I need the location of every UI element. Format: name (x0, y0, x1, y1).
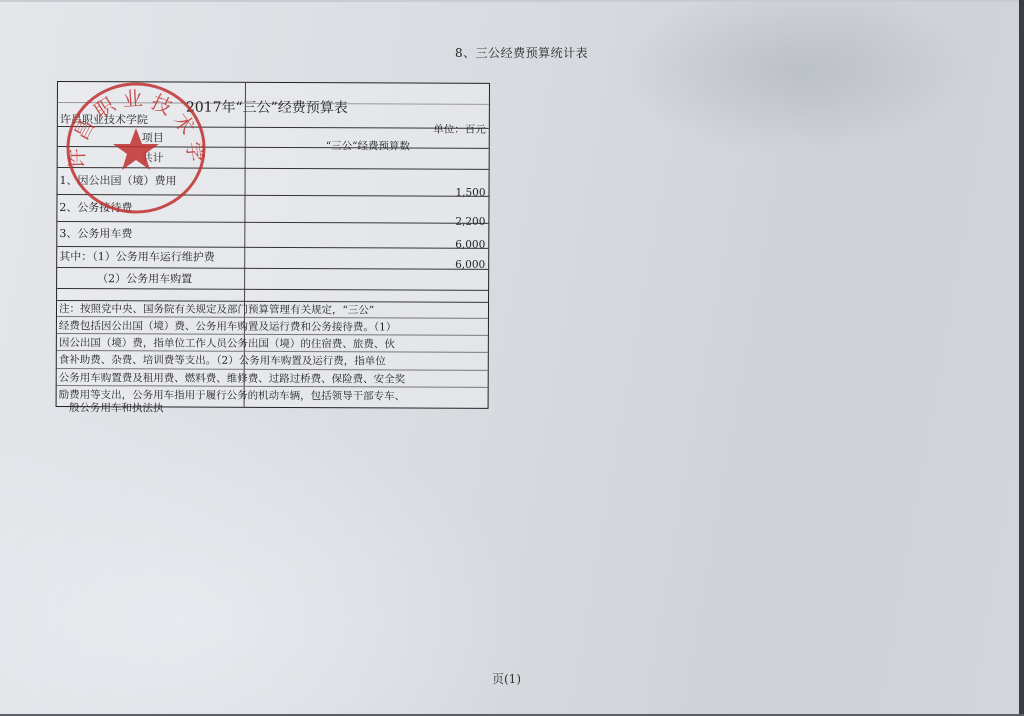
page-number: 页(1) (492, 670, 521, 687)
row-label-travel: 1、因公出国（境）费用 (60, 172, 177, 189)
paper-top-edge (0, 0, 1024, 2)
row-value-travel: 1,500 (455, 187, 485, 199)
page-heading: 8、三公经费预算统计表 (455, 44, 588, 61)
item-column-header: 项目 (142, 129, 164, 145)
value-column-header: “三公”经费预算数 (326, 138, 410, 153)
row-label-reception: 2、公务接待费 (59, 199, 132, 215)
row-line (57, 288, 488, 291)
row-line (58, 194, 489, 197)
budget-table: 2017年“三公”经费预算表 许昌职业技术学院 单位：百元 项目 “三公”经费预… (56, 81, 490, 409)
row-label-vehicle-purchase: （2）公务用车购置 (97, 270, 192, 286)
row-line (58, 146, 489, 149)
total-label: 共计 (142, 149, 164, 165)
row-line (57, 221, 488, 224)
paper-right-edge (1019, 0, 1024, 716)
note-line: 注：按照党中央、国务院有关规定及部门预算管理有关规定，“三公” (59, 301, 374, 317)
note-line: 因公出国（境）费，指单位工作人员公务出国（境）的住宿费、旅费、伙 (59, 335, 395, 351)
unit-label: 单位：百元 (433, 122, 486, 137)
note-line: 经费包括因公出国（境）费、公务用车购置及运行费和公务接待费。（1） (59, 318, 396, 334)
row-value-reception: 2,200 (455, 216, 485, 228)
note-line: 食补助费、杂费、培训费等支出。（2）公务用车购置及运行费，指单位 (59, 352, 386, 368)
row-line (58, 167, 489, 170)
row-value-vehicle: 6,000 (455, 239, 485, 251)
institution-name: 许昌职业技术学院 (60, 111, 148, 127)
note-line: 公务用车购置费及租用费、燃料费、维修费、过路过桥费、保险费、安全奖 (59, 370, 406, 387)
note-line: 一般公务用车和执法执 (59, 400, 164, 415)
row-value-vehicle-maintenance: 6,000 (455, 259, 485, 271)
row-label-vehicle: 3、公务用车费 (59, 225, 132, 241)
table-title: 2017年“三公”经费预算表 (186, 97, 348, 118)
row-label-vehicle-maintenance: 其中：（1）公务用车运行维护费 (59, 248, 215, 265)
row-line (58, 82, 489, 85)
